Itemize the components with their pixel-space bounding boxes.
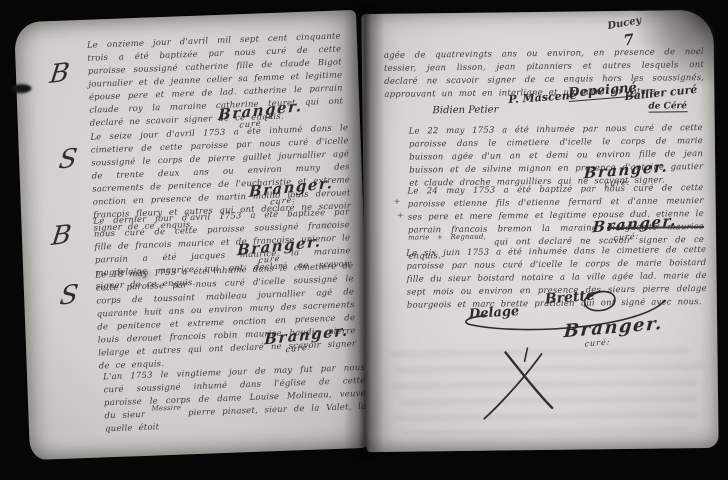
signature-ballier-place: de Céré [648,102,687,112]
left-page: B S B S Le onzieme jour d'avril mil sept… [14,10,372,460]
entry-text: Le 18 may 1753 a été inhumé dans le cime… [95,261,356,371]
x-mark-tick [524,348,527,361]
show-through-ghost-line [402,427,688,434]
margin-cross-mark: + [397,212,404,220]
edge-tear-mark [11,84,31,94]
signature-bidien: Bidien Petier [432,106,498,117]
signature-branger-final: Branger. curé: [562,315,663,350]
paraph-loop [585,291,616,310]
margin-letter: B [48,60,71,88]
margin-letter: B [50,222,73,250]
margin-letter: S [58,281,79,309]
entry-text: Le onzieme jour d'avril mil sept cent ci… [87,31,344,128]
margin-cross-mark: + [394,198,401,206]
archive-corner-mark: Ducey [607,16,642,32]
signature-mascene: P. Mascené [508,90,577,105]
interline-addition: Messire [151,404,181,413]
register-entry: L'an 1753 le vingtieme jour de may fut p… [103,362,367,437]
register-scan: B S B S Le onzieme jour d'avril mil sept… [0,0,728,480]
x-cancel-mark [475,346,571,425]
right-page: Ducey 7 agée de quatrevingts ans ou envi… [361,10,718,452]
x-mark-stroke [505,352,552,409]
margin-letter: S [57,145,78,173]
register-entry: Le onzieme jour d'avril mil sept cent ci… [87,30,344,130]
interline-correction: marie + Regnaud, [408,233,486,242]
register-entry: Le 18 may 1753 a été inhumé dans le cime… [95,260,357,373]
